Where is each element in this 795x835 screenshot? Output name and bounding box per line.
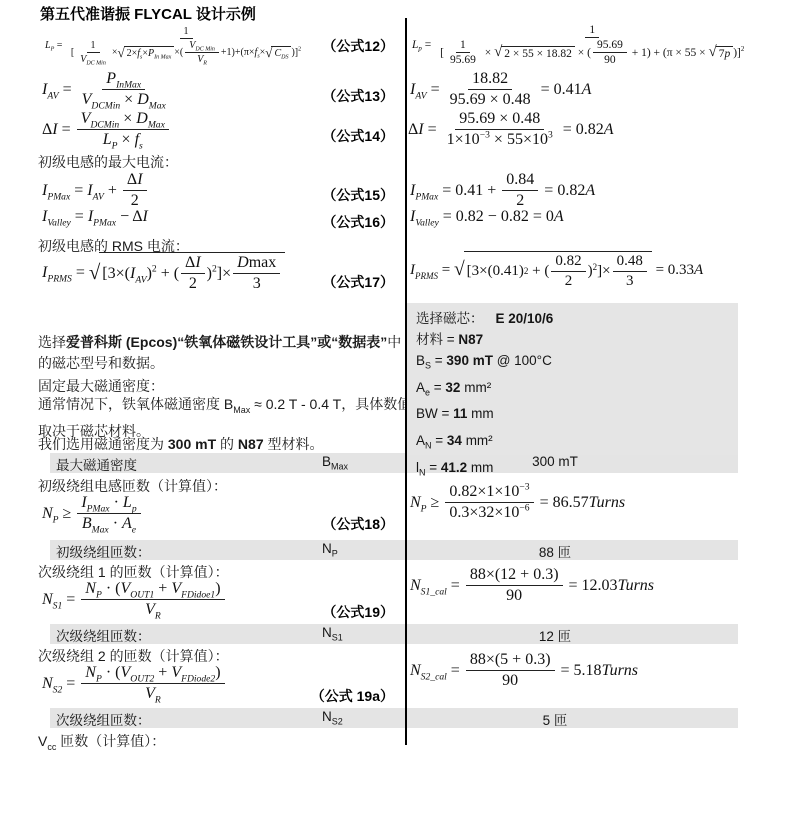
eq18-label: （公式18）	[300, 514, 394, 534]
formula-ns2-numeric: NS2_cal = 88×(5 + 0.3)90 = 5.18Turns	[410, 651, 638, 690]
formula-iav-symbolic: IAV = PInMaxVDCMin × DMax	[42, 70, 172, 109]
formula-ivalley-numeric: IValley = 0.82 − 0.82 = 0A	[410, 208, 564, 226]
formula-np-numeric: NP ≥ 0.82×1×10−30.3×32×10−6 = 86.57Turns	[410, 483, 625, 522]
row-label: 次级绕组匝数：	[56, 709, 151, 729]
paragraph-epcos: 选择爱普科斯 (Epcos)“铁氧体磁铁设计工具”或“数据表”中的磁芯型号和数据…	[38, 332, 412, 374]
core-select-line: 选择磁芯：E 20/10/6	[416, 308, 738, 329]
formula-iprms-numeric: IPRMS = √[3×(0.41)2 + (0.822)2]×0.483 = …	[410, 251, 703, 290]
table-row-ns2: 次级绕组匝数： NS2 5 匝	[50, 708, 738, 728]
formula-iav-numeric: IAV = 18.8295.69 × 0.48 = 0.41A	[410, 70, 591, 109]
row-value: 12 匝	[390, 625, 720, 645]
column-divider	[405, 18, 407, 745]
epcos-tool-bold: 爱普科斯 (Epcos)“铁氧体磁铁设计工具”或“数据表”	[66, 334, 387, 350]
formula-ipmax-numeric: IPMax = 0.41 + 0.842 = 0.82A	[410, 171, 595, 210]
core-an-line: AN = 34 mm²	[416, 430, 738, 457]
core-bs-line: BS = 390 mT @ 100°C	[416, 350, 738, 377]
formula-ns1-symbolic: NS1 = NP · (VOUT1 + VFDidoe1)VR	[42, 580, 227, 619]
eq15-label: （公式15）	[300, 185, 394, 205]
section-ns1-calc: 次级绕组 1 的匝数（计算值）：	[38, 562, 229, 582]
formula-ns1-numeric: NS1_cal = 88×(12 + 0.3)90 = 12.03Turns	[410, 566, 654, 605]
material-n87-bold: N87	[238, 436, 264, 452]
row-value: 5 匝	[390, 709, 720, 729]
row-symbol: BMax	[322, 454, 348, 472]
flux-300mt-bold: 300 mT	[168, 436, 216, 452]
bmax-subscript: Max	[233, 405, 250, 415]
formula-deltai-numeric: ΔI = 95.69 × 0.481×10−3 × 55×103 = 0.82A	[408, 110, 614, 149]
section-np-calc: 初级绕组电感匝数（计算值）：	[38, 476, 227, 496]
section-ns2-calc: 次级绕组 2 的匝数（计算值）：	[38, 646, 229, 666]
page-title: 第五代准谐振 FLYCAL 设计示例	[40, 3, 256, 24]
row-symbol: NS2	[322, 709, 343, 727]
document-page: 第五代准谐振 FLYCAL 设计示例 LP = 1[1VDC Min×√2×fs…	[0, 0, 795, 835]
eq17-label: （公式17）	[300, 272, 394, 292]
eq13-label: （公式13）	[300, 86, 394, 106]
row-label: 最大磁通密度	[56, 454, 137, 474]
formula-ipmax-symbolic: IPMax = IAV + ΔI2	[42, 171, 149, 210]
table-row-np: 初级绕组匝数： NP 88 匝	[50, 540, 738, 560]
core-ln-line: lN = 41.2 mm	[416, 457, 738, 484]
formula-lp-numeric: Lp = 1[195.69 × √2 × 55 × 18.82 × (95.69…	[412, 24, 750, 66]
core-ae-line: Ae = 32 mm²	[416, 377, 738, 404]
formula-np-symbolic: NP ≥ IPMax · LpBMax · Ae	[42, 494, 143, 533]
eq14-label: （公式14）	[300, 126, 394, 146]
eq16-label: （公式16）	[300, 212, 394, 232]
core-selection-box: 选择磁芯：E 20/10/6 材料 = N87 BS = 390 mT @ 10…	[407, 303, 738, 455]
eq19a-label: （公式 19a）	[300, 686, 394, 706]
core-bw-line: BW = 11 mm	[416, 403, 738, 430]
formula-iprms-symbolic: IPRMS = √[3×(IAV)2 + (ΔI2)2]×Dmax3	[42, 252, 285, 293]
row-symbol: NS1	[322, 625, 343, 643]
formula-ivalley-symbolic: IValley = IPMax − ΔI	[42, 208, 148, 226]
section-vcc-calc: Vcc 匝数（计算值）：	[38, 731, 165, 752]
row-value: 88 匝	[390, 541, 720, 561]
row-symbol: NP	[322, 541, 338, 559]
paragraph-fix-flux: 固定最大磁通密度：	[38, 376, 164, 396]
core-type: E 20/10/6	[496, 311, 554, 326]
paragraph-chosen-material: 我们选用磁通密度为 300 mT 的 N87 型材料。	[38, 434, 324, 454]
formula-lp-symbolic: LP = 1[1VDC Min×√2×fs×PIn Max×(VDC MinVR…	[45, 26, 307, 65]
formula-deltai-symbolic: ΔI = VDCMin × DMaxLP × fs	[42, 110, 171, 149]
row-label: 次级绕组匝数：	[56, 625, 151, 645]
table-row-ns1: 次级绕组匝数： NS1 12 匝	[50, 624, 738, 644]
row-label: 初级绕组匝数：	[56, 541, 151, 561]
eq12-label: （公式12）	[300, 36, 394, 56]
section-primary-max-current: 初级电感的最大电流：	[38, 152, 178, 172]
eq19-label: （公式19）	[300, 602, 394, 622]
formula-ns2-symbolic: NS2 = NP · (VOUT2 + VFDiode2)VR	[42, 664, 227, 703]
core-material-line: 材料 = N87	[416, 329, 738, 350]
